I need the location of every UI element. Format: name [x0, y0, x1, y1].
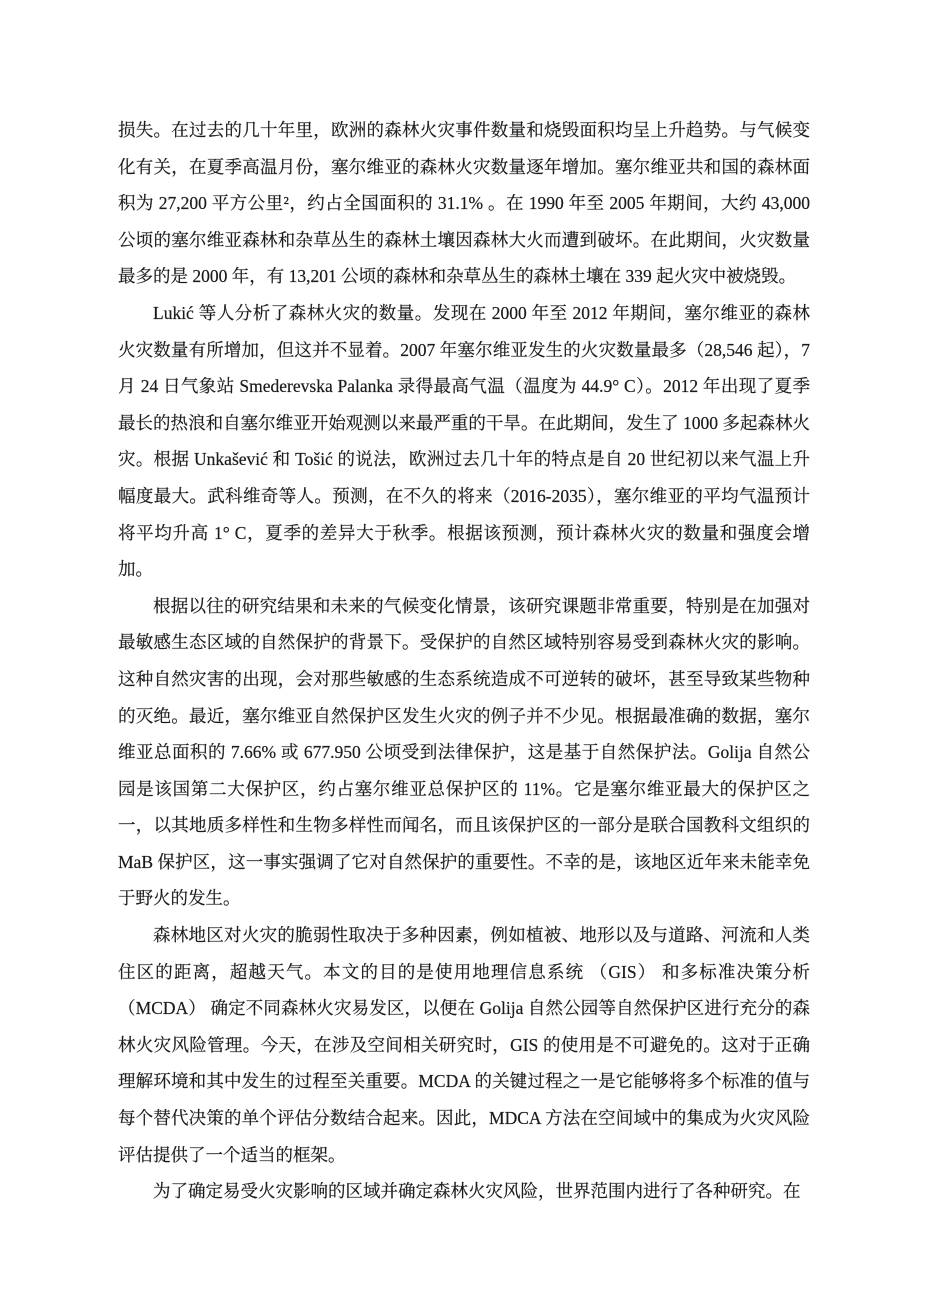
paragraph-3: 根据以往的研究结果和未来的气候变化情景，该研究课题非常重要，特别是在加强对最敏感… — [118, 588, 810, 917]
paragraph-1: 损失。在过去的几十年里，欧洲的森林火灾事件数量和烧毁面积均呈上升趋势。与气候变化… — [118, 112, 810, 295]
paragraph-2: Lukić 等人分析了森林火灾的数量。发现在 2000 年至 2012 年期间，… — [118, 295, 810, 588]
paragraph-4: 森林地区对火灾的脆弱性取决于多种因素，例如植被、地形以及与道路、河流和人类住区的… — [118, 917, 810, 1173]
document-page: 损失。在过去的几十年里，欧洲的森林火灾事件数量和烧毁面积均呈上升趋势。与气候变化… — [0, 0, 926, 1309]
document-body: 损失。在过去的几十年里，欧洲的森林火灾事件数量和烧毁面积均呈上升趋势。与气候变化… — [118, 112, 810, 1210]
paragraph-5: 为了确定易受火灾影响的区域并确定森林火灾风险，世界范围内进行了各种研究。在 — [118, 1173, 810, 1210]
